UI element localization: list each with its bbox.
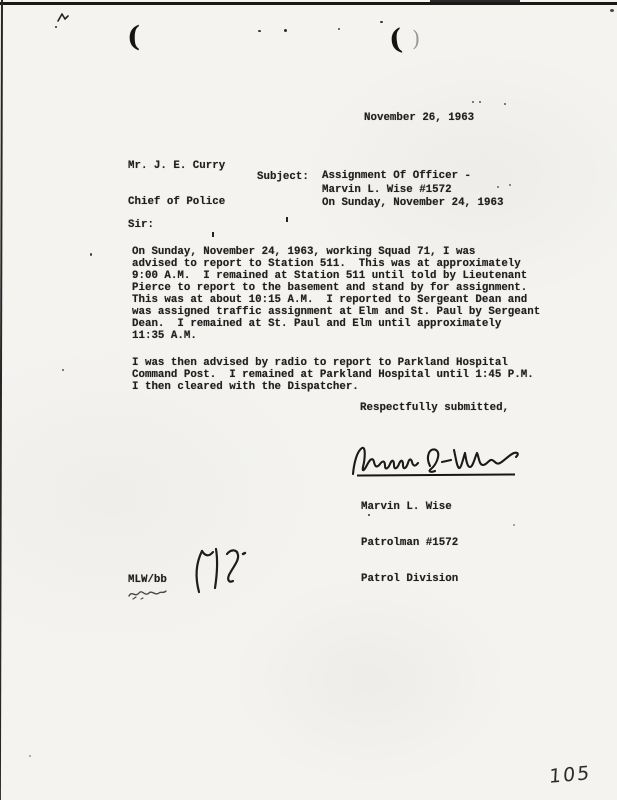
scan-speck [472,101,474,103]
scan-speck [284,29,287,32]
scan-speck [610,9,614,12]
handwritten-initial-mark [189,547,253,595]
subject-text: Assignment Of Officer - Marvin L. Wise #… [322,170,503,211]
binder-arc-mark-left: ( [127,20,140,53]
scan-left-edge-line [0,0,3,800]
body-paragraph-2: I was then advised by radio to report to… [132,357,534,393]
body-paragraph-1: On Sunday, November 24, 1963, working Sq… [132,246,540,342]
closing-line: Respectfully submitted, [360,402,509,414]
scan-caret-artifact [57,12,71,22]
page-number: 105 [548,762,591,788]
signature-typed-block: Marvin L. Wise Patrolman #1572 Patrol Di… [361,477,458,609]
scan-speck [29,755,31,757]
scan-top-edge-line [0,2,617,5]
signature-typed-name: Marvin L. Wise [361,501,458,513]
recipient-name: Mr. J. E. Curry [128,160,225,172]
binder-arc-mark-right-faint: ) [412,27,420,51]
document-page: ( ( ) November 26, 1963 Mr. J. E. Curry … [0,0,617,800]
signature-typed-title: Patrolman #1572 [361,537,458,549]
scan-speck [504,103,506,105]
scan-top-edge-smudge [430,0,520,2]
scan-speck [380,21,383,23]
scan-speck [338,28,340,30]
binder-arc-mark-right: ( [387,22,404,56]
recipient-block: Mr. J. E. Curry Chief of Police [128,136,225,232]
scan-speck [513,524,515,526]
scan-speck [479,101,481,103]
pencil-scribble [127,586,169,601]
signature-typed-division: Patrol Division [361,573,458,585]
letter-date: November 26, 1963 [364,112,474,124]
salutation: Sir: [128,219,154,231]
scan-speck [62,369,64,371]
scan-speck [509,184,511,186]
recipient-title: Chief of Police [128,196,225,208]
typist-initials: MLW/bb [128,574,167,586]
scan-speck [90,253,92,256]
scan-speck [212,232,214,237]
subject-label: Subject: [257,171,309,183]
scan-speck [55,26,57,28]
scan-speck [286,217,288,222]
scan-speck [258,30,261,32]
